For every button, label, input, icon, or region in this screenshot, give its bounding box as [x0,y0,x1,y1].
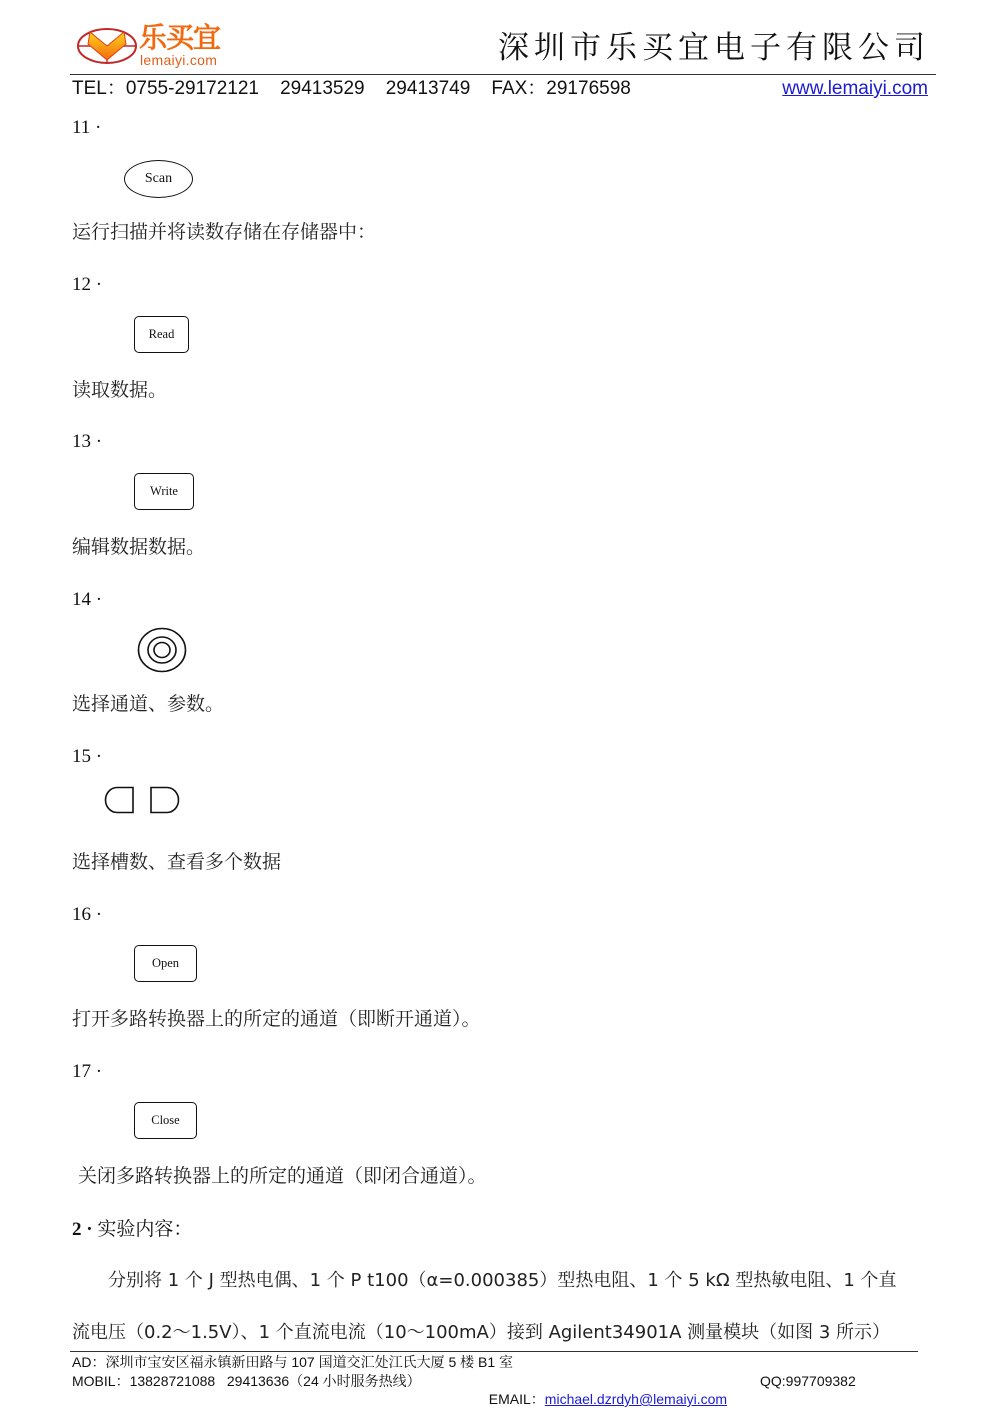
item-number: 15 · [72,745,102,769]
item-number: 17 · [72,1060,102,1084]
paragraph-line-1: 分别将 1 个 J 型热电偶、1 个 P t100（α=0.000385）型热电… [108,1268,897,1294]
footer-divider [70,1351,918,1352]
open-key-label: Open [152,956,179,971]
footer-address: AD：深圳市宝安区福永镇新田路与 107 国道交汇处江氏大厦 5 楼 B1 室 [72,1353,513,1371]
write-key-icon: Write [134,473,194,510]
item-description: 运行扫描并将读数存储在存储器中： [72,219,376,245]
contact-line: TEL：0755-29172121 29413529 29413749 FAX：… [72,77,631,101]
item-number: 13 · [72,430,102,454]
footer-qq: QQ:997709382 [760,1372,856,1390]
company-logo: 乐买宜 lemaiyi.com [76,24,236,68]
item-description: 打开多路转换器上的所定的通道（即断开通道）。 [72,1006,481,1032]
right-arrow-key-icon [151,788,178,813]
section-heading: 2 · 实验内容： [72,1216,192,1243]
header-divider [70,74,936,75]
item-number: 11 · [72,116,101,140]
scan-key-label: Scan [145,171,172,187]
item-description: 选择槽数、查看多个数据 [72,849,281,875]
logo-emblem-icon [76,26,138,66]
logo-chinese-text: 乐买宜 [139,22,220,54]
close-key-icon: Close [134,1102,197,1139]
item-number: 14 · [72,588,102,612]
section-number: 2 · [72,1219,97,1240]
website-link[interactable]: www.lemaiyi.com [782,77,928,101]
close-key-label: Close [151,1113,179,1128]
knob-icon [136,627,188,673]
read-key-icon: Read [134,316,189,353]
item-number: 16 · [72,903,102,927]
left-arrow-key-icon [106,788,133,813]
item-description: 编辑数据数据。 [72,534,205,560]
footer-email-link[interactable]: michael.dzrdyh@lemaiyi.com [545,1391,727,1407]
item-description: 选择通道、参数。 [72,691,224,717]
open-key-icon: Open [134,945,197,982]
footer-email-label: EMAIL： [489,1391,545,1407]
footer-mobile: MOBIL：13828721088 29413636（24 小时服务热线） [72,1372,421,1390]
section-title: 实验内容： [97,1218,192,1240]
footer-email-group: EMAIL：michael.dzrdyh@lemaiyi.com [481,1372,727,1408]
item-description: 读取数据。 [72,377,167,403]
item-number: 12 · [72,273,102,297]
scan-key-icon: Scan [124,160,193,198]
company-name: 深圳市乐买宜电子有限公司 [498,26,930,70]
arrow-keys [104,786,182,814]
paragraph-line-2: 流电压（0.2～1.5V）、1 个直流电流（10～100mA）接到 Agilen… [72,1320,890,1346]
read-key-label: Read [149,327,175,342]
logo-domain-text: lemaiyi.com [140,52,217,68]
item-description: 关闭多路转换器上的所定的通道（即闭合通道）。 [72,1163,487,1189]
write-key-label: Write [150,484,178,499]
